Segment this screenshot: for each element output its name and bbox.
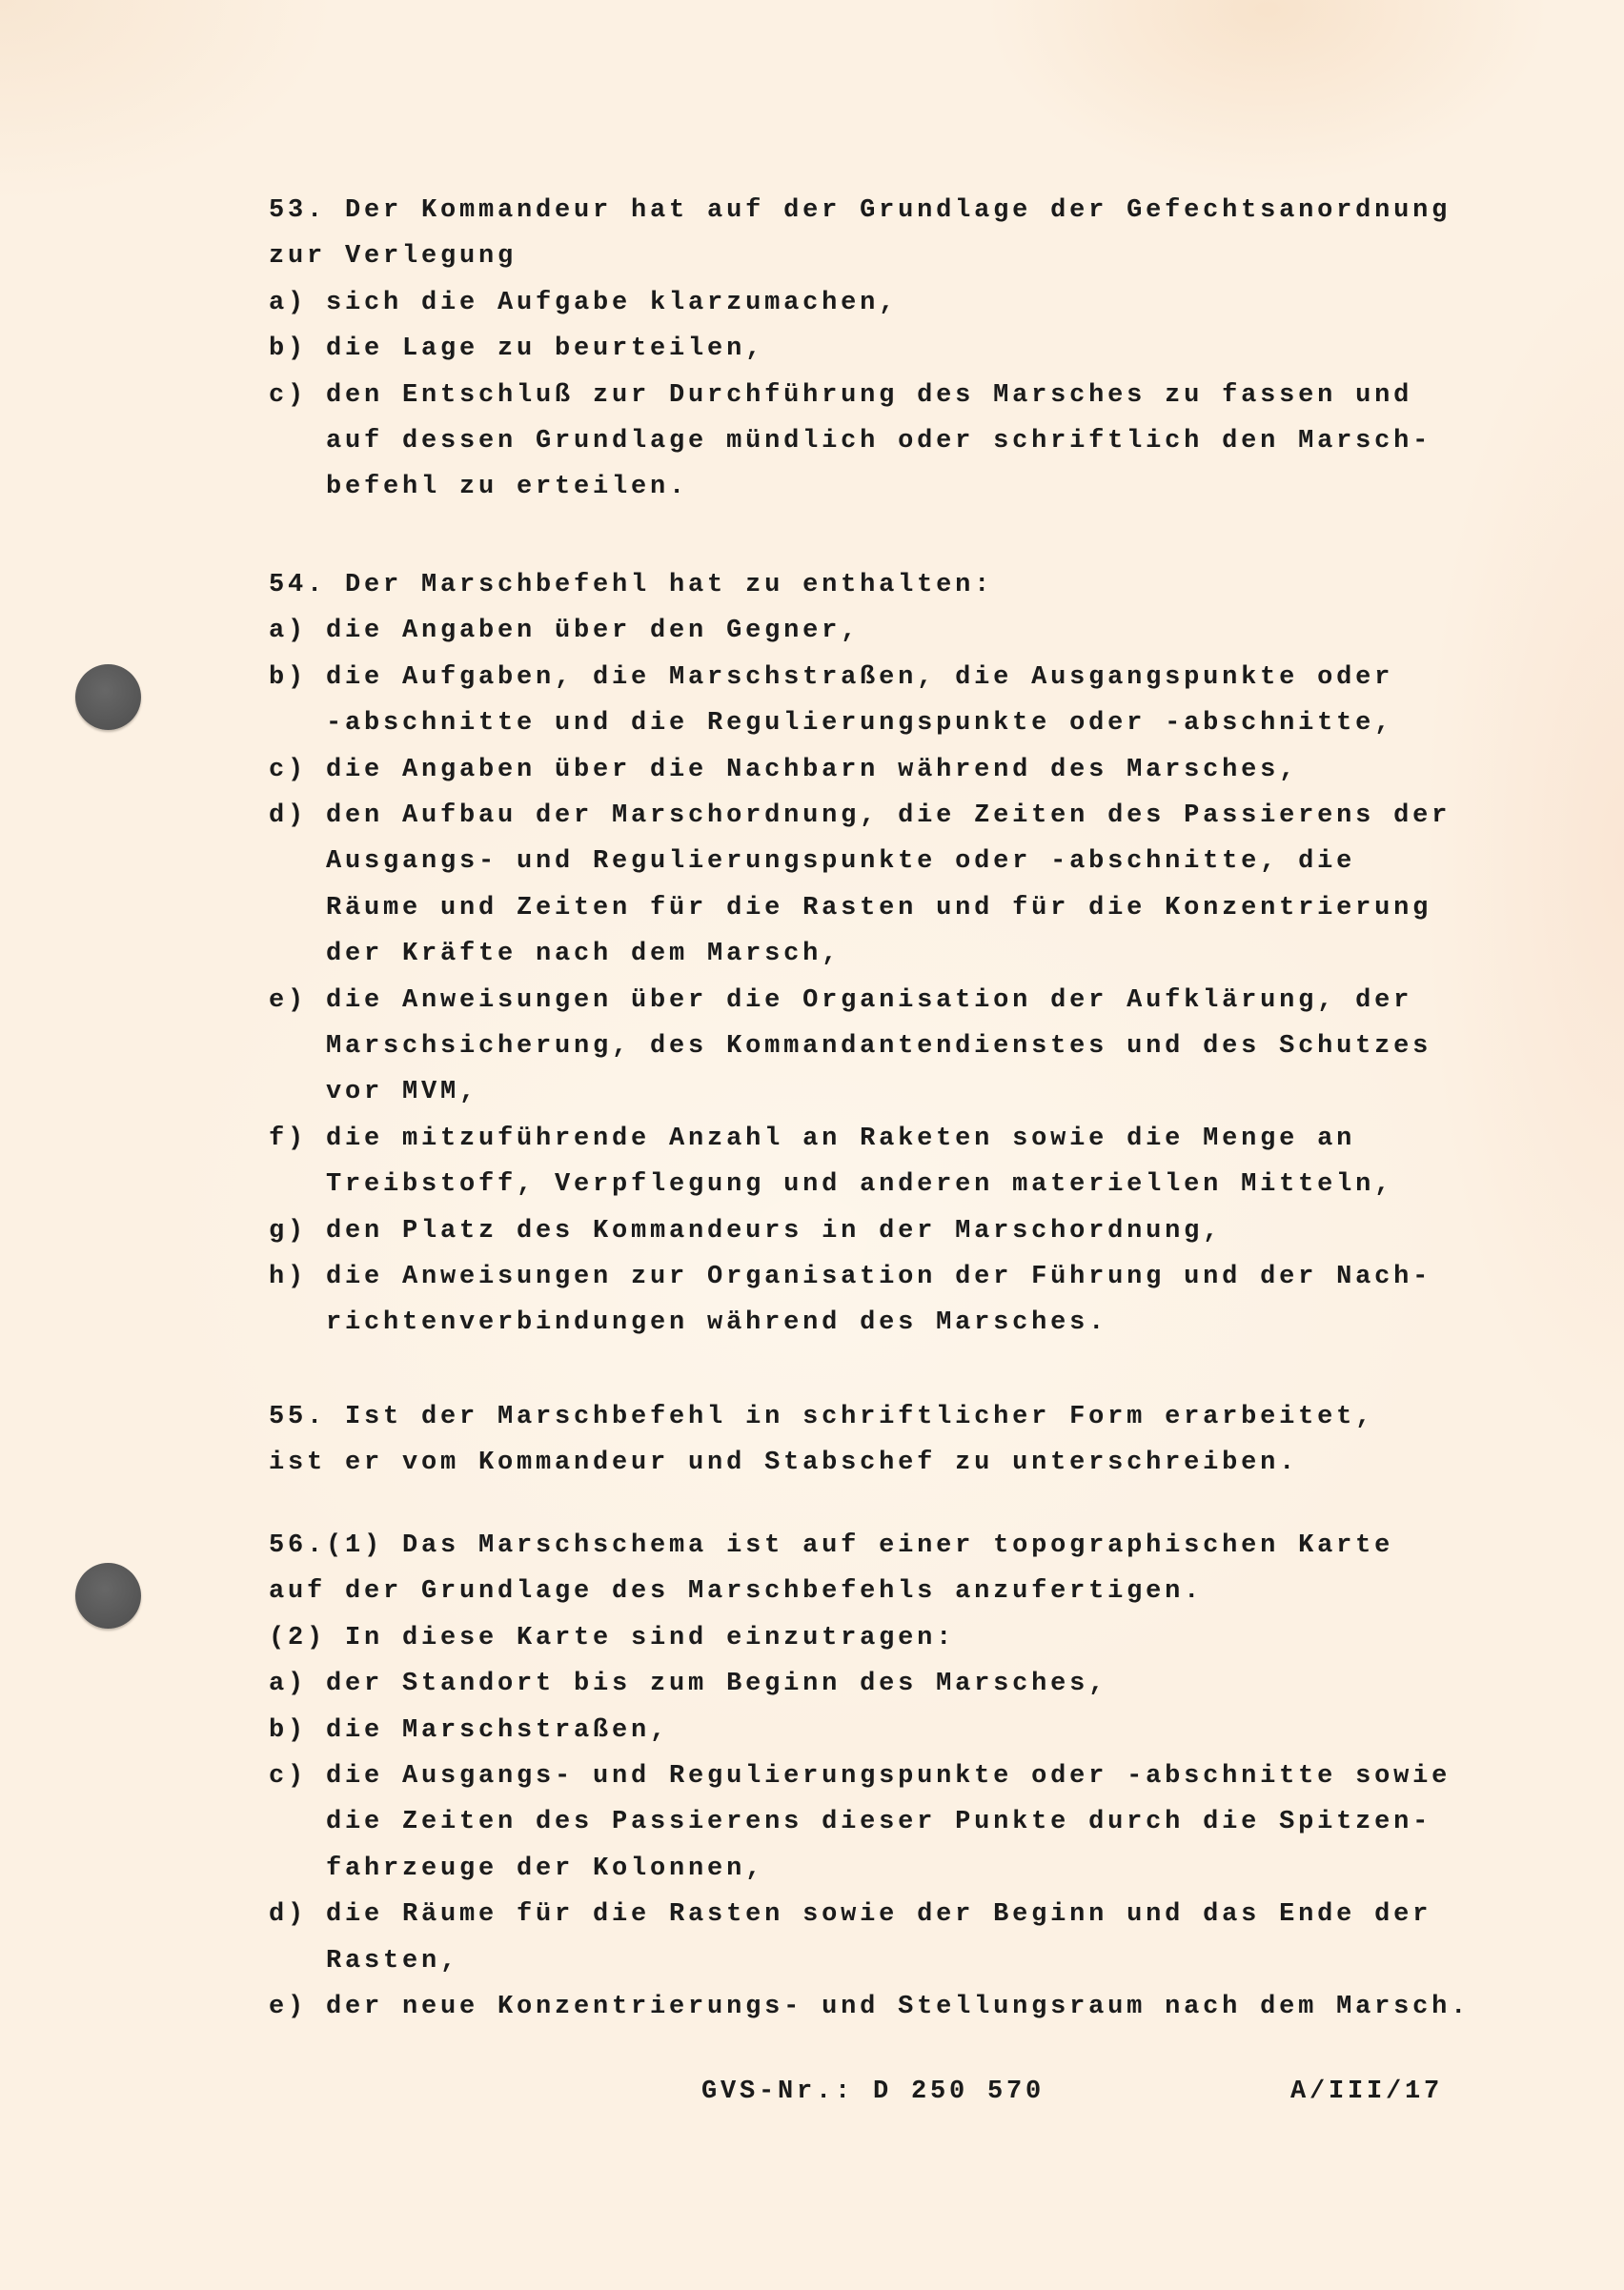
paragraph-line: e) der neue Konzentrierungs- und Stellun… — [269, 1993, 1470, 2021]
paragraph-line: d) die Räume für die Rasten sowie der Be… — [269, 1900, 1431, 1929]
paragraph-line: vor MVM, — [269, 1078, 478, 1106]
paragraph-line: der Kräfte nach dem Marsch, — [269, 940, 841, 968]
paragraph-line: b) die Lage zu beurteilen, — [269, 334, 764, 363]
paragraph-line: a) der Standort bis zum Beginn des Marsc… — [269, 1670, 1107, 1698]
paragraph-line: c) die Angaben über die Nachbarn während… — [269, 756, 1298, 784]
paragraph-line: fahrzeuge der Kolonnen, — [269, 1854, 764, 1883]
punch-hole-top — [75, 664, 141, 730]
paragraph-line: e) die Anweisungen über die Organisation… — [269, 986, 1412, 1015]
paragraph-line: h) die Anweisungen zur Organisation der … — [269, 1263, 1431, 1291]
paragraph-line: ist er vom Kommandeur und Stabschef zu u… — [269, 1449, 1298, 1477]
paragraph-line: b) die Aufgaben, die Marschstraßen, die … — [269, 663, 1393, 692]
paragraph-line: zur Verlegung — [269, 242, 517, 271]
paragraph-line: -abschnitte und die Regulierungspunkte o… — [269, 709, 1393, 738]
paragraph-line: a) sich die Aufgabe klarzumachen, — [269, 289, 898, 317]
paragraph-line: Rasten, — [269, 1947, 459, 1976]
paragraph-line: auf dessen Grundlage mündlich oder schri… — [269, 427, 1431, 456]
punch-hole-bottom — [75, 1563, 141, 1629]
paragraph-line: f) die mitzuführende Anzahl an Raketen s… — [269, 1125, 1355, 1153]
paragraph-heading-line: 56.(1) Das Marschschema ist auf einer to… — [269, 1531, 1393, 1560]
document-number: GVS-Nr.: D 250 570 — [701, 2077, 1045, 2106]
paragraph-line: (2) In diese Karte sind einzutragen: — [269, 1624, 955, 1652]
document-page: 53. Der Kommandeur hat auf der Grundlage… — [0, 0, 1624, 2290]
paragraph-heading-line: 53. Der Kommandeur hat auf der Grundlage… — [269, 196, 1451, 225]
paragraph-heading-line: 55. Ist der Marschbefehl in schriftliche… — [269, 1403, 1374, 1431]
paragraph-line: Räume und Zeiten für die Rasten und für … — [269, 894, 1431, 922]
paragraph-line: b) die Marschstraßen, — [269, 1716, 669, 1745]
paragraph-line: a) die Angaben über den Gegner, — [269, 617, 860, 645]
paragraph-line: die Zeiten des Passierens dieser Punkte … — [269, 1808, 1431, 1836]
page-label: A/III/17 — [1290, 2077, 1443, 2106]
paragraph-line: d) den Aufbau der Marschordnung, die Zei… — [269, 801, 1451, 830]
paragraph-line: auf der Grundlage des Marschbefehls anzu… — [269, 1577, 1203, 1606]
paragraph-line: c) den Entschluß zur Durchführung des Ma… — [269, 381, 1412, 410]
paragraph-line: g) den Platz des Kommandeurs in der Mars… — [269, 1217, 1222, 1246]
paragraph-line: Marschsicherung, des Kommandantendienste… — [269, 1032, 1431, 1061]
paragraph-line: Ausgangs- und Regulierungspunkte oder -a… — [269, 847, 1355, 876]
paragraph-line: richtenverbindungen während des Marsches… — [269, 1308, 1107, 1337]
paragraph-heading-line: 54. Der Marschbefehl hat zu enthalten: — [269, 571, 993, 599]
paragraph-line: c) die Ausgangs- und Regulierungspunkte … — [269, 1762, 1451, 1791]
paragraph-line: Treibstoff, Verpflegung und anderen mate… — [269, 1170, 1393, 1199]
paragraph-line: befehl zu erteilen. — [269, 473, 688, 501]
